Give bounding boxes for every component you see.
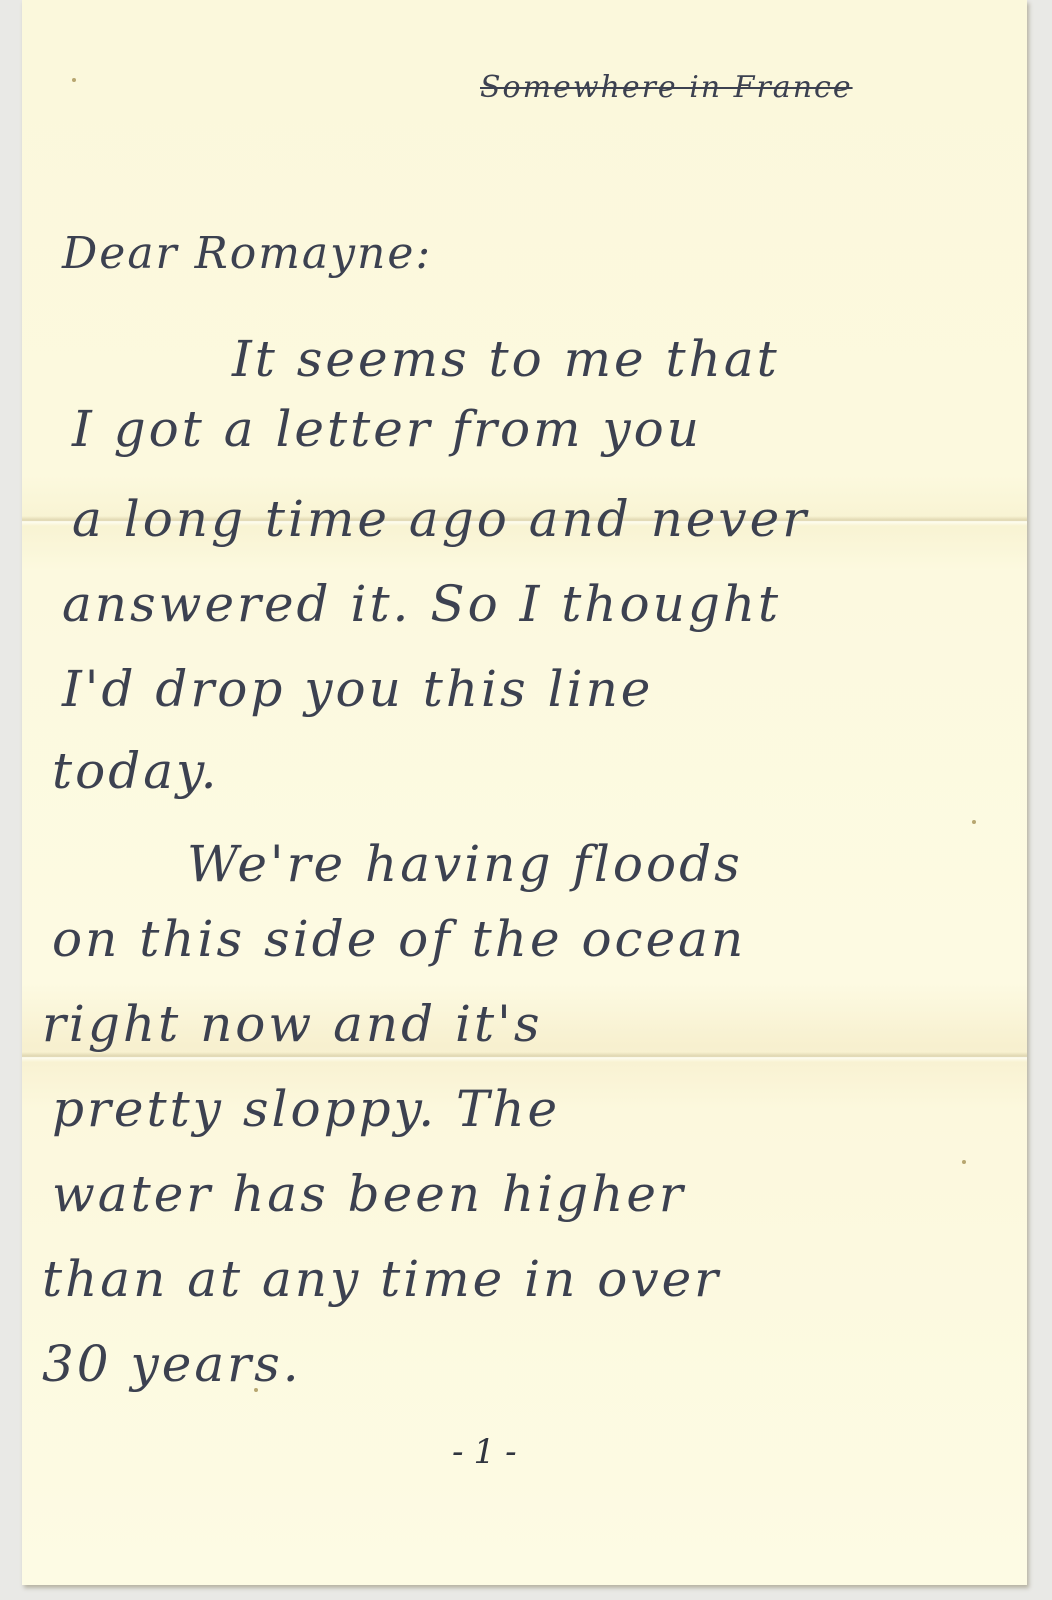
letter-line: today.	[52, 742, 220, 800]
letter-line: water has been higher	[52, 1165, 686, 1223]
page-number: -1-	[452, 1432, 527, 1472]
letter-line: It seems to me that	[232, 330, 780, 388]
letter-line: on this side of the ocean	[52, 910, 746, 968]
letter-line: I got a letter from you	[72, 400, 702, 458]
paper-speck	[972, 820, 976, 824]
letter-page: Somewhere in France Dear Romayne: It see…	[22, 0, 1027, 1585]
letter-line: I'd drop you this line	[62, 660, 653, 718]
paper-speck	[962, 1160, 966, 1164]
fold-crease-lower	[22, 1052, 1027, 1062]
letter-line: We're having floods	[187, 835, 743, 893]
letter-line: 30 years.	[42, 1335, 302, 1393]
letter-line: answered it. So I thought	[62, 575, 781, 633]
paper-speck	[72, 78, 76, 82]
letter-line: pretty sloppy. The	[52, 1080, 560, 1138]
letter-line: a long time ago and never	[72, 490, 809, 548]
location-header: Somewhere in France	[480, 70, 853, 105]
letter-line: than at any time in over	[42, 1250, 721, 1308]
salutation: Dear Romayne:	[62, 228, 432, 279]
letter-line: right now and it's	[42, 995, 542, 1053]
